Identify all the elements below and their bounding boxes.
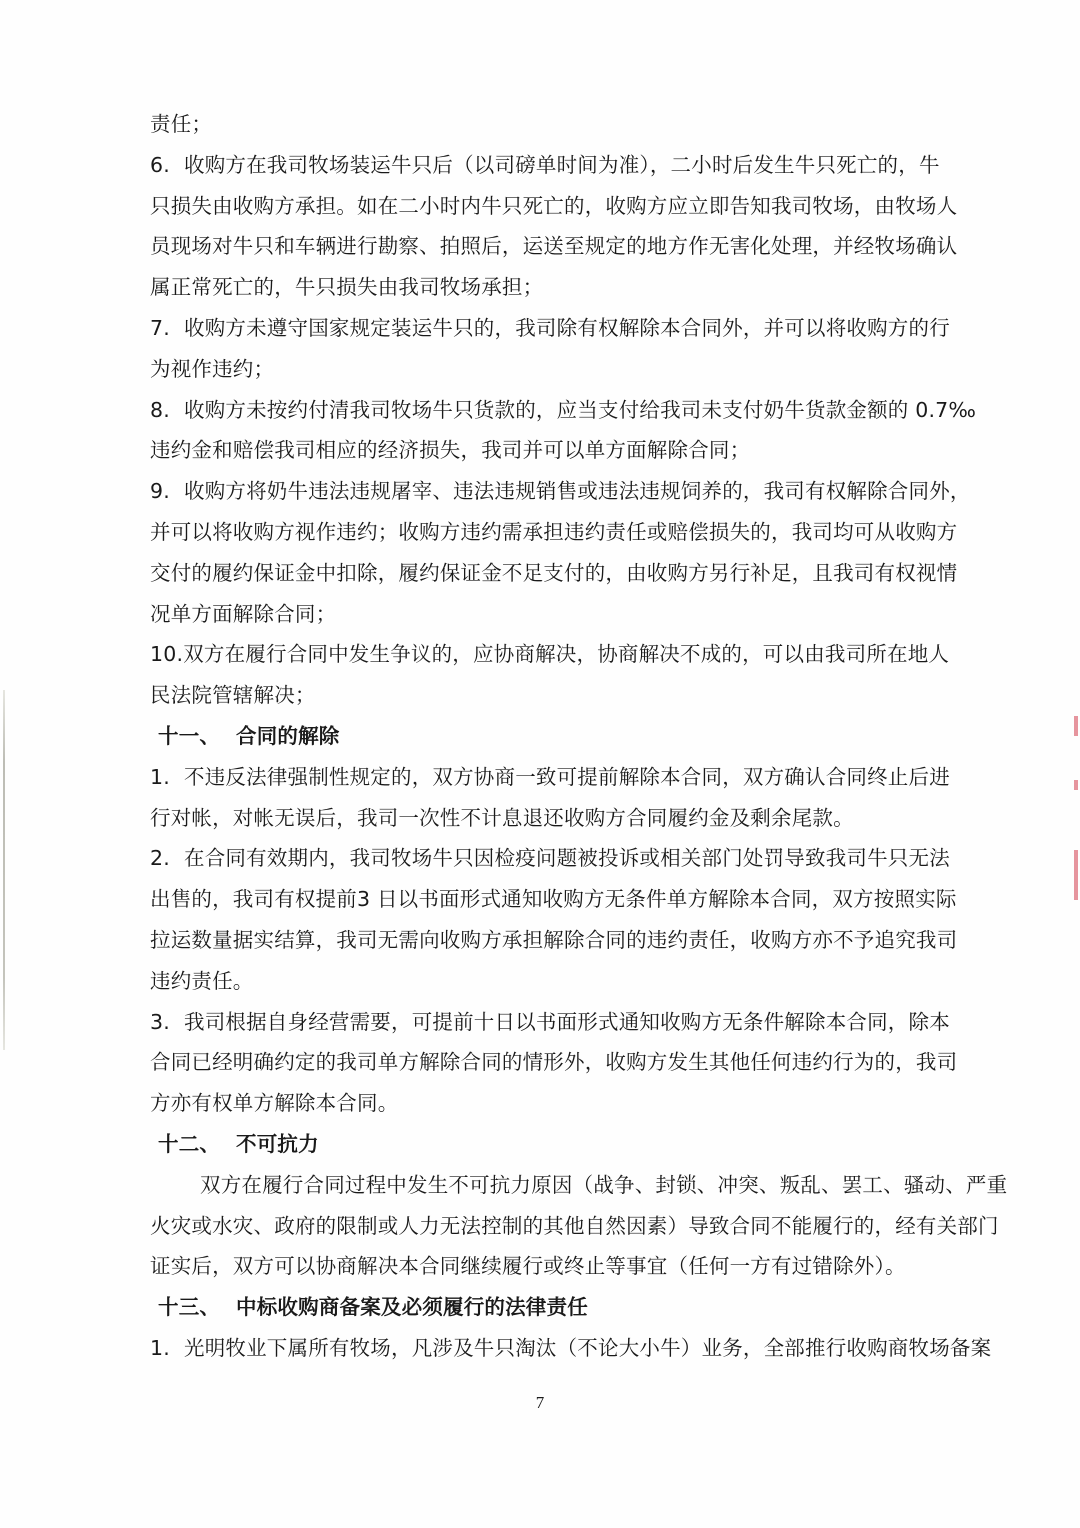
line-text: 合同已经明确约定的我司单方解除合同的情形外，收购方发生其他任何违约行为的，我司 (150, 1050, 957, 1074)
line-text: 双方在履行合同过程中发生不可抗力原因（战争、封锁、冲突、叛乱、罢工、骚动、严重 (200, 1173, 1007, 1197)
clause-number: 2. (150, 838, 184, 879)
text-line: 交付的履约保证金中扣除，履约保证金不足支付的，由收购方另行补足，且我司有权视情 (150, 553, 980, 594)
text-line: 双方在履行合同过程中发生不可抗力原因（战争、封锁、冲突、叛乱、罢工、骚动、严重 (150, 1165, 980, 1206)
line-text: 火灾或水灾、政府的限制或人力无法控制的其他自然因素）导致合同不能履行的，经有关部… (150, 1214, 999, 1238)
clause-number: 7. (150, 308, 184, 349)
clause-item-2: 2.在合同有效期内，我司牧场牛只因检疫问题被投诉或相关部门处罚导致我司牛只无法 (150, 838, 980, 879)
clause-item-6: 6.收购方在我司牧场装运牛只后（以司磅单时间为准），二小时后发生牛只死亡的，牛 (150, 145, 980, 186)
text-line: 火灾或水灾、政府的限制或人力无法控制的其他自然因素）导致合同不能履行的，经有关部… (150, 1206, 980, 1247)
section-heading-11: 十一、合同的解除 (150, 716, 980, 757)
line-text: 拉运数量据实结算，我司无需向收购方承担解除合同的违约责任，收购方亦不予追究我司 (150, 928, 957, 952)
line-text: 只损失由收购方承担。如在二小时内牛只死亡的，收购方应立即告知我司牧场，由牧场人 (150, 194, 957, 218)
text-line: 出售的，我司有权提前3 日以书面形式通知收购方无条件单方解除本合同，双方按照实际 (150, 879, 980, 920)
line-text: 在合同有效期内，我司牧场牛只因检疫问题被投诉或相关部门处罚导致我司牛只无法 (184, 846, 950, 870)
seal-edge-mark (1074, 850, 1078, 900)
text-line: 拉运数量据实结算，我司无需向收购方承担解除合同的违约责任，收购方亦不予追究我司 (150, 920, 980, 961)
clause-item-1: 1.光明牧业下属所有牧场，凡涉及牛只淘汰（不论大小牛）业务，全部推行收购商牧场备… (150, 1328, 980, 1369)
section-number: 十一、 (150, 716, 236, 757)
line-text: 收购方在我司牧场装运牛只后（以司磅单时间为准），二小时后发生牛只死亡的，牛 (184, 153, 940, 177)
text-line: 行对帐，对帐无误后，我司一次性不计息退还收购方合同履约金及剩余尾款。 (150, 798, 980, 839)
section-title: 中标收购商备案及必须履行的法律责任 (236, 1295, 588, 1319)
line-text: 光明牧业下属所有牧场，凡涉及牛只淘汰（不论大小牛）业务，全部推行收购商牧场备案 (184, 1336, 991, 1360)
clause-number: 10. (150, 634, 183, 675)
section-heading-13: 十三、中标收购商备案及必须履行的法律责任 (150, 1287, 980, 1328)
clause-number: 1. (150, 757, 184, 798)
line-text: 并可以将收购方视作违约；收购方违约需承担违约责任或赔偿损失的，我司均可从收购方 (150, 520, 957, 544)
section-number: 十三、 (150, 1287, 236, 1328)
section-heading-12: 十二、不可抗力 (150, 1124, 980, 1165)
clause-number: 6. (150, 145, 184, 186)
line-text: 收购方未遵守国家规定装运牛只的，我司除有权解除本合同外，并可以将收购方的行 (184, 316, 950, 340)
clause-item-7: 7.收购方未遵守国家规定装运牛只的，我司除有权解除本合同外，并可以将收购方的行 (150, 308, 980, 349)
text-line: 只损失由收购方承担。如在二小时内牛只死亡的，收购方应立即告知我司牧场，由牧场人 (150, 186, 980, 227)
text-line: 违约金和赔偿我司相应的经济损失，我司并可以单方面解除合同； (150, 430, 980, 471)
line-text: 员现场对牛只和车辆进行勘察、拍照后，运送至规定的地方作无害化处理，并经牧场确认 (150, 234, 957, 258)
line-text: 况单方面解除合同； (150, 602, 336, 626)
line-text: 收购方未按约付清我司牧场牛只货款的，应当支付给我司未支付奶牛货款金额的 0.7‰ (184, 398, 976, 422)
text-line: 合同已经明确约定的我司单方解除合同的情形外，收购方发生其他任何违约行为的，我司 (150, 1042, 980, 1083)
text-line: 责任； (150, 104, 980, 145)
line-text: 责任； (150, 112, 212, 136)
scan-edge-shadow (3, 690, 5, 1050)
line-text: 方亦有权单方解除本合同。 (150, 1091, 398, 1115)
clause-item-1: 1.不违反法律强制性规定的，双方协商一致可提前解除本合同，双方确认合同终止后进 (150, 757, 980, 798)
text-line: 民法院管辖解决； (150, 675, 980, 716)
line-text: 交付的履约保证金中扣除，履约保证金不足支付的，由收购方另行补足，且我司有权视情 (150, 561, 957, 585)
line-text: 我司根据自身经营需要，可提前十日以书面形式通知收购方无条件解除本合同，除本 (184, 1010, 950, 1034)
clause-item-9: 9.收购方将奶牛违法违规屠宰、违法违规销售或违法违规饲养的，我司有权解除合同外， (150, 471, 980, 512)
line-text: 行对帐，对帐无误后，我司一次性不计息退还收购方合同履约金及剩余尾款。 (150, 806, 854, 830)
clause-number: 8. (150, 390, 184, 431)
line-text: 收购方将奶牛违法违规屠宰、违法违规销售或违法违规饲养的，我司有权解除合同外， (184, 479, 971, 503)
line-text: 为视作违约； (150, 357, 274, 381)
text-line: 况单方面解除合同； (150, 594, 980, 635)
line-text: 违约责任。 (150, 969, 254, 993)
line-text: 属正常死亡的，牛只损失由我司牧场承担； (150, 275, 543, 299)
section-number: 十二、 (150, 1124, 236, 1165)
document-page: 责任； 6.收购方在我司牧场装运牛只后（以司磅单时间为准），二小时后发生牛只死亡… (0, 0, 1080, 1528)
line-text: 不违反法律强制性规定的，双方协商一致可提前解除本合同，双方确认合同终止后进 (184, 765, 950, 789)
text-line: 证实后，双方可以协商解决本合同继续履行或终止等事宜（任何一方有过错除外）。 (150, 1246, 980, 1287)
seal-edge-mark (1074, 716, 1078, 736)
text-line: 并可以将收购方视作违约；收购方违约需承担违约责任或赔偿损失的，我司均可从收购方 (150, 512, 980, 553)
clause-number: 9. (150, 471, 184, 512)
clause-number: 3. (150, 1002, 184, 1043)
section-title: 合同的解除 (236, 724, 340, 748)
clause-item-3: 3.我司根据自身经营需要，可提前十日以书面形式通知收购方无条件解除本合同，除本 (150, 1002, 980, 1043)
page-number: 7 (0, 1393, 1080, 1413)
document-body: 责任； 6.收购方在我司牧场装运牛只后（以司磅单时间为准），二小时后发生牛只死亡… (150, 104, 980, 1369)
clause-item-10: 10.双方在履行合同中发生争议的，应协商解决，协商解决不成的，可以由我司所在地人 (150, 634, 980, 675)
line-text: 证实后，双方可以协商解决本合同继续履行或终止等事宜（任何一方有过错除外）。 (150, 1254, 906, 1278)
line-text: 出售的，我司有权提前3 日以书面形式通知收购方无条件单方解除本合同，双方按照实际 (150, 887, 957, 911)
text-line: 方亦有权单方解除本合同。 (150, 1083, 980, 1124)
text-line: 属正常死亡的，牛只损失由我司牧场承担； (150, 267, 980, 308)
clause-item-8: 8.收购方未按约付清我司牧场牛只货款的，应当支付给我司未支付奶牛货款金额的 0.… (150, 390, 980, 431)
seal-edge-mark (1074, 780, 1078, 790)
text-line: 违约责任。 (150, 961, 980, 1002)
section-title: 不可抗力 (236, 1132, 319, 1156)
text-line: 为视作违约； (150, 349, 980, 390)
line-text: 民法院管辖解决； (150, 683, 316, 707)
clause-number: 1. (150, 1328, 184, 1369)
line-text: 双方在履行合同中发生争议的，应协商解决，协商解决不成的，可以由我司所在地人 (183, 642, 949, 666)
line-text: 违约金和赔偿我司相应的经济损失，我司并可以单方面解除合同； (150, 438, 750, 462)
text-line: 员现场对牛只和车辆进行勘察、拍照后，运送至规定的地方作无害化处理，并经牧场确认 (150, 226, 980, 267)
